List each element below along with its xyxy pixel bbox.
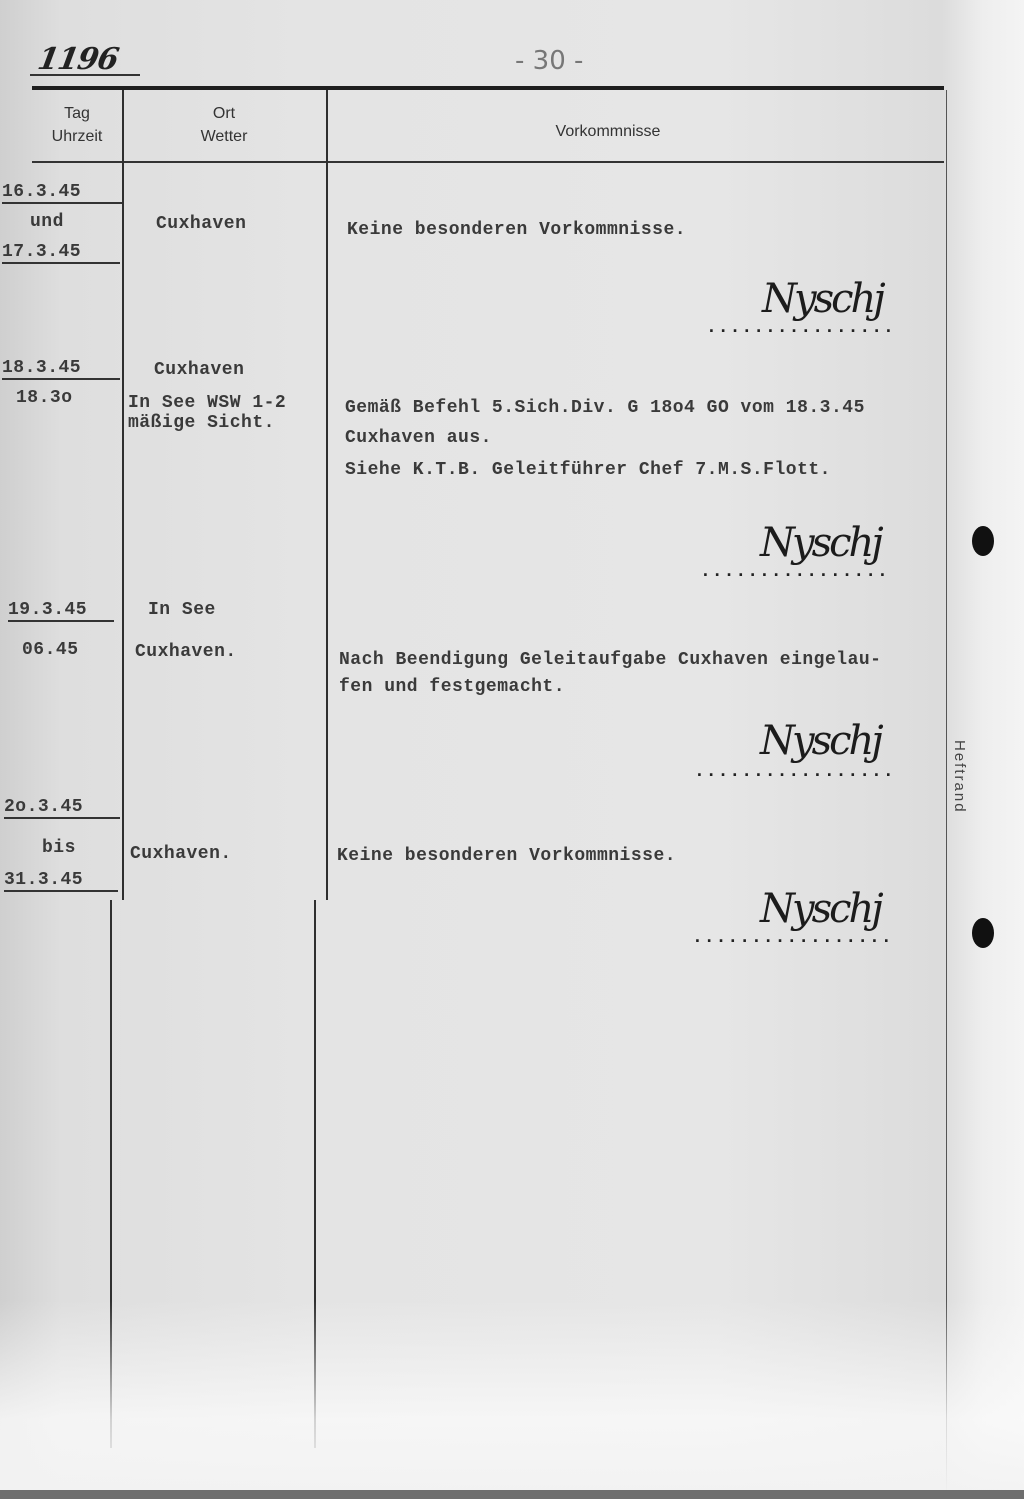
archive-number: 1196 [35, 42, 121, 77]
table-top-rule [32, 86, 944, 90]
handwritten-signature: Nyschj [760, 886, 881, 932]
entry-date: 19.3.45 [8, 600, 114, 622]
entry-date-join: und [30, 212, 64, 232]
handwritten-signature: Nyschj [760, 520, 881, 566]
column-header-events: Vorkommnisse [328, 120, 888, 143]
entry-visibility: mäßige Sicht. [128, 413, 275, 433]
header-ort: Ort [124, 102, 324, 125]
entry-event-line: Keine besonderen Vorkommnisse. [347, 220, 686, 240]
column-divider-2 [326, 90, 328, 900]
entry-event-line: fen und festgemacht. [339, 677, 565, 697]
entry-time: 06.45 [22, 640, 79, 660]
entry-place: Cuxhaven. [130, 844, 232, 864]
entry-event-line: Nach Beendigung Geleitaufgabe Cuxhaven e… [339, 650, 881, 670]
punch-hole-icon [972, 526, 994, 556]
entry-event-line: Keine besonderen Vorkommnisse. [337, 846, 676, 866]
entry-place: Cuxhaven [156, 214, 246, 234]
entry-weather: In See WSW 1-2 [128, 393, 286, 413]
entry-place: Cuxhaven [154, 360, 244, 380]
signature-dotted-line: ................. [694, 762, 895, 782]
punch-hole-icon [972, 918, 994, 948]
handwritten-signature: Nyschj [762, 276, 883, 322]
page-number: - 30 - [515, 46, 583, 76]
column-header-date: Tag Uhrzeit [32, 102, 122, 148]
entry-place-2: Cuxhaven. [135, 642, 237, 662]
entry-date-from: 2o.3.45 [4, 797, 120, 819]
entry-date-join: bis [42, 838, 76, 858]
entry-date-to: 17.3.45 [2, 242, 120, 264]
page-fade [0, 1300, 1024, 1499]
entry-event-line: Cuxhaven aus. [345, 428, 492, 448]
entry-event-line: Gemäß Befehl 5.Sich.Div. G 18o4 GO vom 1… [345, 398, 865, 418]
entry-event-line: Siehe K.T.B. Geleitführer Chef 7.M.S.Flo… [345, 460, 831, 480]
page-bottom-edge [0, 1490, 1024, 1499]
entry-date: 18.3.45 [2, 358, 120, 380]
entry-date-from: 16.3.45 [2, 182, 122, 204]
column-header-place: Ort Wetter [124, 102, 324, 148]
table-header-rule [32, 161, 944, 163]
binding-margin-label: Heftrand [948, 740, 968, 814]
header-wetter: Wetter [124, 125, 324, 148]
binding-margin-line [946, 90, 947, 1495]
entry-date-to: 31.3.45 [4, 870, 118, 892]
entry-place: In See [148, 600, 216, 620]
header-tag: Tag [32, 102, 122, 125]
column-divider-1 [122, 90, 124, 900]
archive-number-underline [30, 74, 140, 76]
handwritten-signature: Nyschj [760, 718, 881, 764]
header-uhrzeit: Uhrzeit [32, 125, 122, 148]
entry-time: 18.3o [16, 388, 73, 408]
